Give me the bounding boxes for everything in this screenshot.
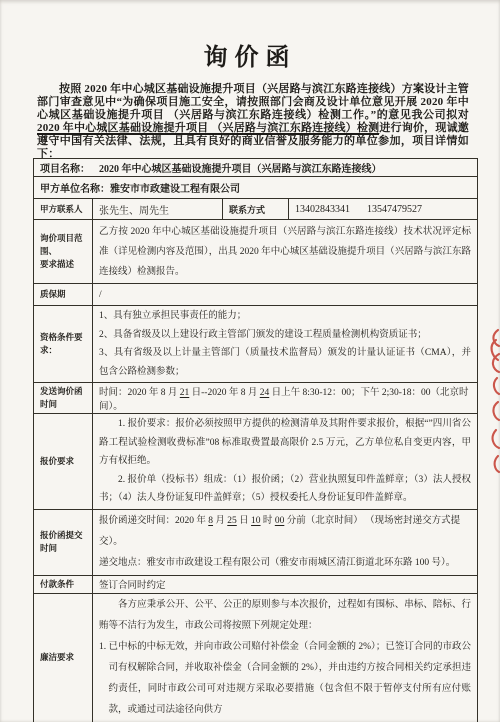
send-time-text: 日--2020 年 8 月 (189, 388, 259, 398)
scope-content-cell: 乙方按 2020 年中心城区基础设施提升项目（兴居路与滨江东路连接线）技术状况评… (93, 220, 478, 284)
qualification-label-cell: 资格条件要求： (34, 306, 93, 383)
submit-time-label-cell: 报价函提交时间 (34, 509, 93, 575)
submit-time-line: 报价函递交时间：2020 年 8 月 25 日 10 时 00 分前（北京时间）… (99, 511, 471, 553)
scanned-document-page: 询价函 按照 2020 年中心城区基础设施提升项目（兴居路与滨江东路连接线）方案… (0, 0, 500, 722)
party-a-cell: 甲方单位名称：雅安市市政建设工程有限公司 (34, 177, 478, 199)
submit-time-text: 月 (213, 516, 227, 526)
submit-day: 25 (227, 516, 237, 526)
payment-label-cell: 付款条件 (34, 575, 93, 593)
qualification-item: 2、具备省级及以上建设行政主管部门颁发的建设工程质量检测机构资质证书； (99, 326, 471, 345)
submit-time-text: 日 (237, 516, 251, 526)
table-row: 项目名称：2020 年中心城区基础设施提升项目（兴居路与滨江东路连接线） (34, 159, 478, 177)
submit-time-text: 报价函递交时间：2020 年 (99, 516, 208, 526)
project-name-label: 项目名称： (40, 164, 90, 175)
send-time-content-cell: 时间：2020 年 8 月 21 日--2020 年 8 月 24 日上午 8:… (93, 383, 478, 414)
qualification-content-cell: 1、具有独立承担民事责任的能力； 2、具备省级及以上建设行政主管部门颁发的建设工… (93, 306, 478, 383)
project-name-cell: 项目名称：2020 年中心城区基础设施提升项目（兴居路与滨江东路连接线） (34, 159, 478, 177)
submit-hour: 10 (251, 516, 261, 526)
contact-phones-cell: 1340284334113547479527 (289, 199, 478, 220)
page-title: 询价函 (0, 44, 500, 73)
table-row: 报价要求 1. 报价要求：报价必须按照甲方提供的检测清单及其附件要求报价，根据“… (34, 414, 478, 510)
integrity-content-cell: 各方应秉承公开、公平、公正的原则参与本次报价，过程如有围标、串标、陪标、行贿等不… (93, 593, 478, 722)
intro-text-underlined: 2020 年中心城区基础设施提升项目 （兴居路与滨江东路连接线）检测 (37, 122, 379, 135)
warranty-content-cell: / (93, 284, 478, 306)
send-start-day: 21 (180, 388, 190, 398)
table-row: 资格条件要求： 1、具有独立承担民事责任的能力； 2、具备省级及以上建设行政主管… (34, 306, 478, 383)
submit-minute: 00 (275, 516, 285, 526)
send-end-day: 24 (260, 388, 270, 398)
table-row: 甲方联系人 张先生、周先生 联系方式 134028433411354747952… (34, 199, 478, 220)
quote-req-paragraph: 1. 报价要求：报价必须按照甲方提供的检测清单及其附件要求报价，根据“”四川省公… (99, 415, 471, 471)
send-time-text: 时间：2020 年 8 月 (99, 388, 180, 398)
integrity-paragraph: 各方应秉承公开、公平、公正的原则参与本次报价，过程如有围标、串标、陪标、行贿等不… (99, 595, 471, 637)
contact-label-cell: 甲方联系人 (34, 199, 93, 220)
contact-name-cell: 张先生、周先生 (93, 199, 223, 220)
scope-label-cell: 询价项目范围、 要求描述 (34, 220, 93, 284)
quote-req-content-cell: 1. 报价要求：报价必须按照甲方提供的检测清单及其附件要求报价，根据“”四川省公… (93, 414, 478, 510)
quote-req-paragraph: 2. 报价单（投标书）组成：（1）报价函；（2）营业执照复印件盖鲜章；（3）法人… (99, 471, 471, 508)
party-a-label: 甲方单位名称： (40, 184, 110, 195)
quote-req-label-cell: 报价要求 (34, 414, 93, 510)
inquiry-table: 项目名称：2020 年中心城区基础设施提升项目（兴居路与滨江东路连接线） 甲方单… (33, 158, 478, 722)
table-row: 质保期 / (34, 284, 478, 306)
submit-time-content-cell: 报价函递交时间：2020 年 8 月 25 日 10 时 00 分前（北京时间）… (93, 509, 478, 575)
phone-number-2: 13547479527 (367, 204, 422, 215)
submit-address-line: 递交地点：雅安市市政建设工程有限公司（雅安市雨城区清江街道北环东路 100 号）… (99, 553, 471, 574)
send-time-label-cell: 发送询价函时间 (34, 383, 93, 414)
warranty-label-cell: 质保期 (34, 284, 93, 306)
submit-time-text: 时 (261, 516, 275, 526)
contact-method-label-cell: 联系方式 (223, 199, 289, 220)
project-name-value: 2020 年中心城区基础设施提升项目（兴居路与滨江东路连接线） (99, 164, 382, 175)
table-row: 询价项目范围、 要求描述 乙方按 2020 年中心城区基础设施提升项目（兴居路与… (34, 220, 478, 284)
integrity-label-cell: 廉洁要求 (34, 593, 93, 722)
intro-paragraph: 按照 2020 年中心城区基础设施提升项目（兴居路与滨江东路连接线）方案设计主管… (37, 83, 469, 161)
table-row: 发送询价函时间 时间：2020 年 8 月 21 日--2020 年 8 月 2… (34, 383, 478, 414)
table-row: 廉洁要求 各方应秉承公开、公平、公正的原则参与本次报价，过程如有围标、串标、陪标… (34, 593, 478, 722)
intro-text-pre: 按照 2020 年中心城区基础设施提升项目（兴居路与滨江东路连接线）方案设计主管… (37, 83, 469, 121)
qualification-item: 1、具有独立承担民事责任的能力； (99, 307, 471, 326)
table-row: 付款条件 签订合同时约定 (34, 575, 478, 593)
phone-number-1: 13402843341 (295, 204, 350, 215)
table-row: 报价函提交时间 报价函递交时间：2020 年 8 月 25 日 10 时 00 … (34, 509, 478, 575)
qualification-item: 3、具有省级及以上计量主管部门（质量技术监督局）颁发的计量认证证书（CMA），并… (99, 344, 471, 381)
payment-content-cell: 签订合同时约定 (93, 575, 478, 593)
party-a-value: 雅安市市政建设工程有限公司 (110, 184, 240, 195)
integrity-item: 1. 已中标的中标无效，并向市政公司赔付补偿金（合同金额的 2%）；已签订合同的… (99, 637, 471, 721)
table-row: 甲方单位名称：雅安市市政建设工程有限公司 (34, 177, 478, 199)
